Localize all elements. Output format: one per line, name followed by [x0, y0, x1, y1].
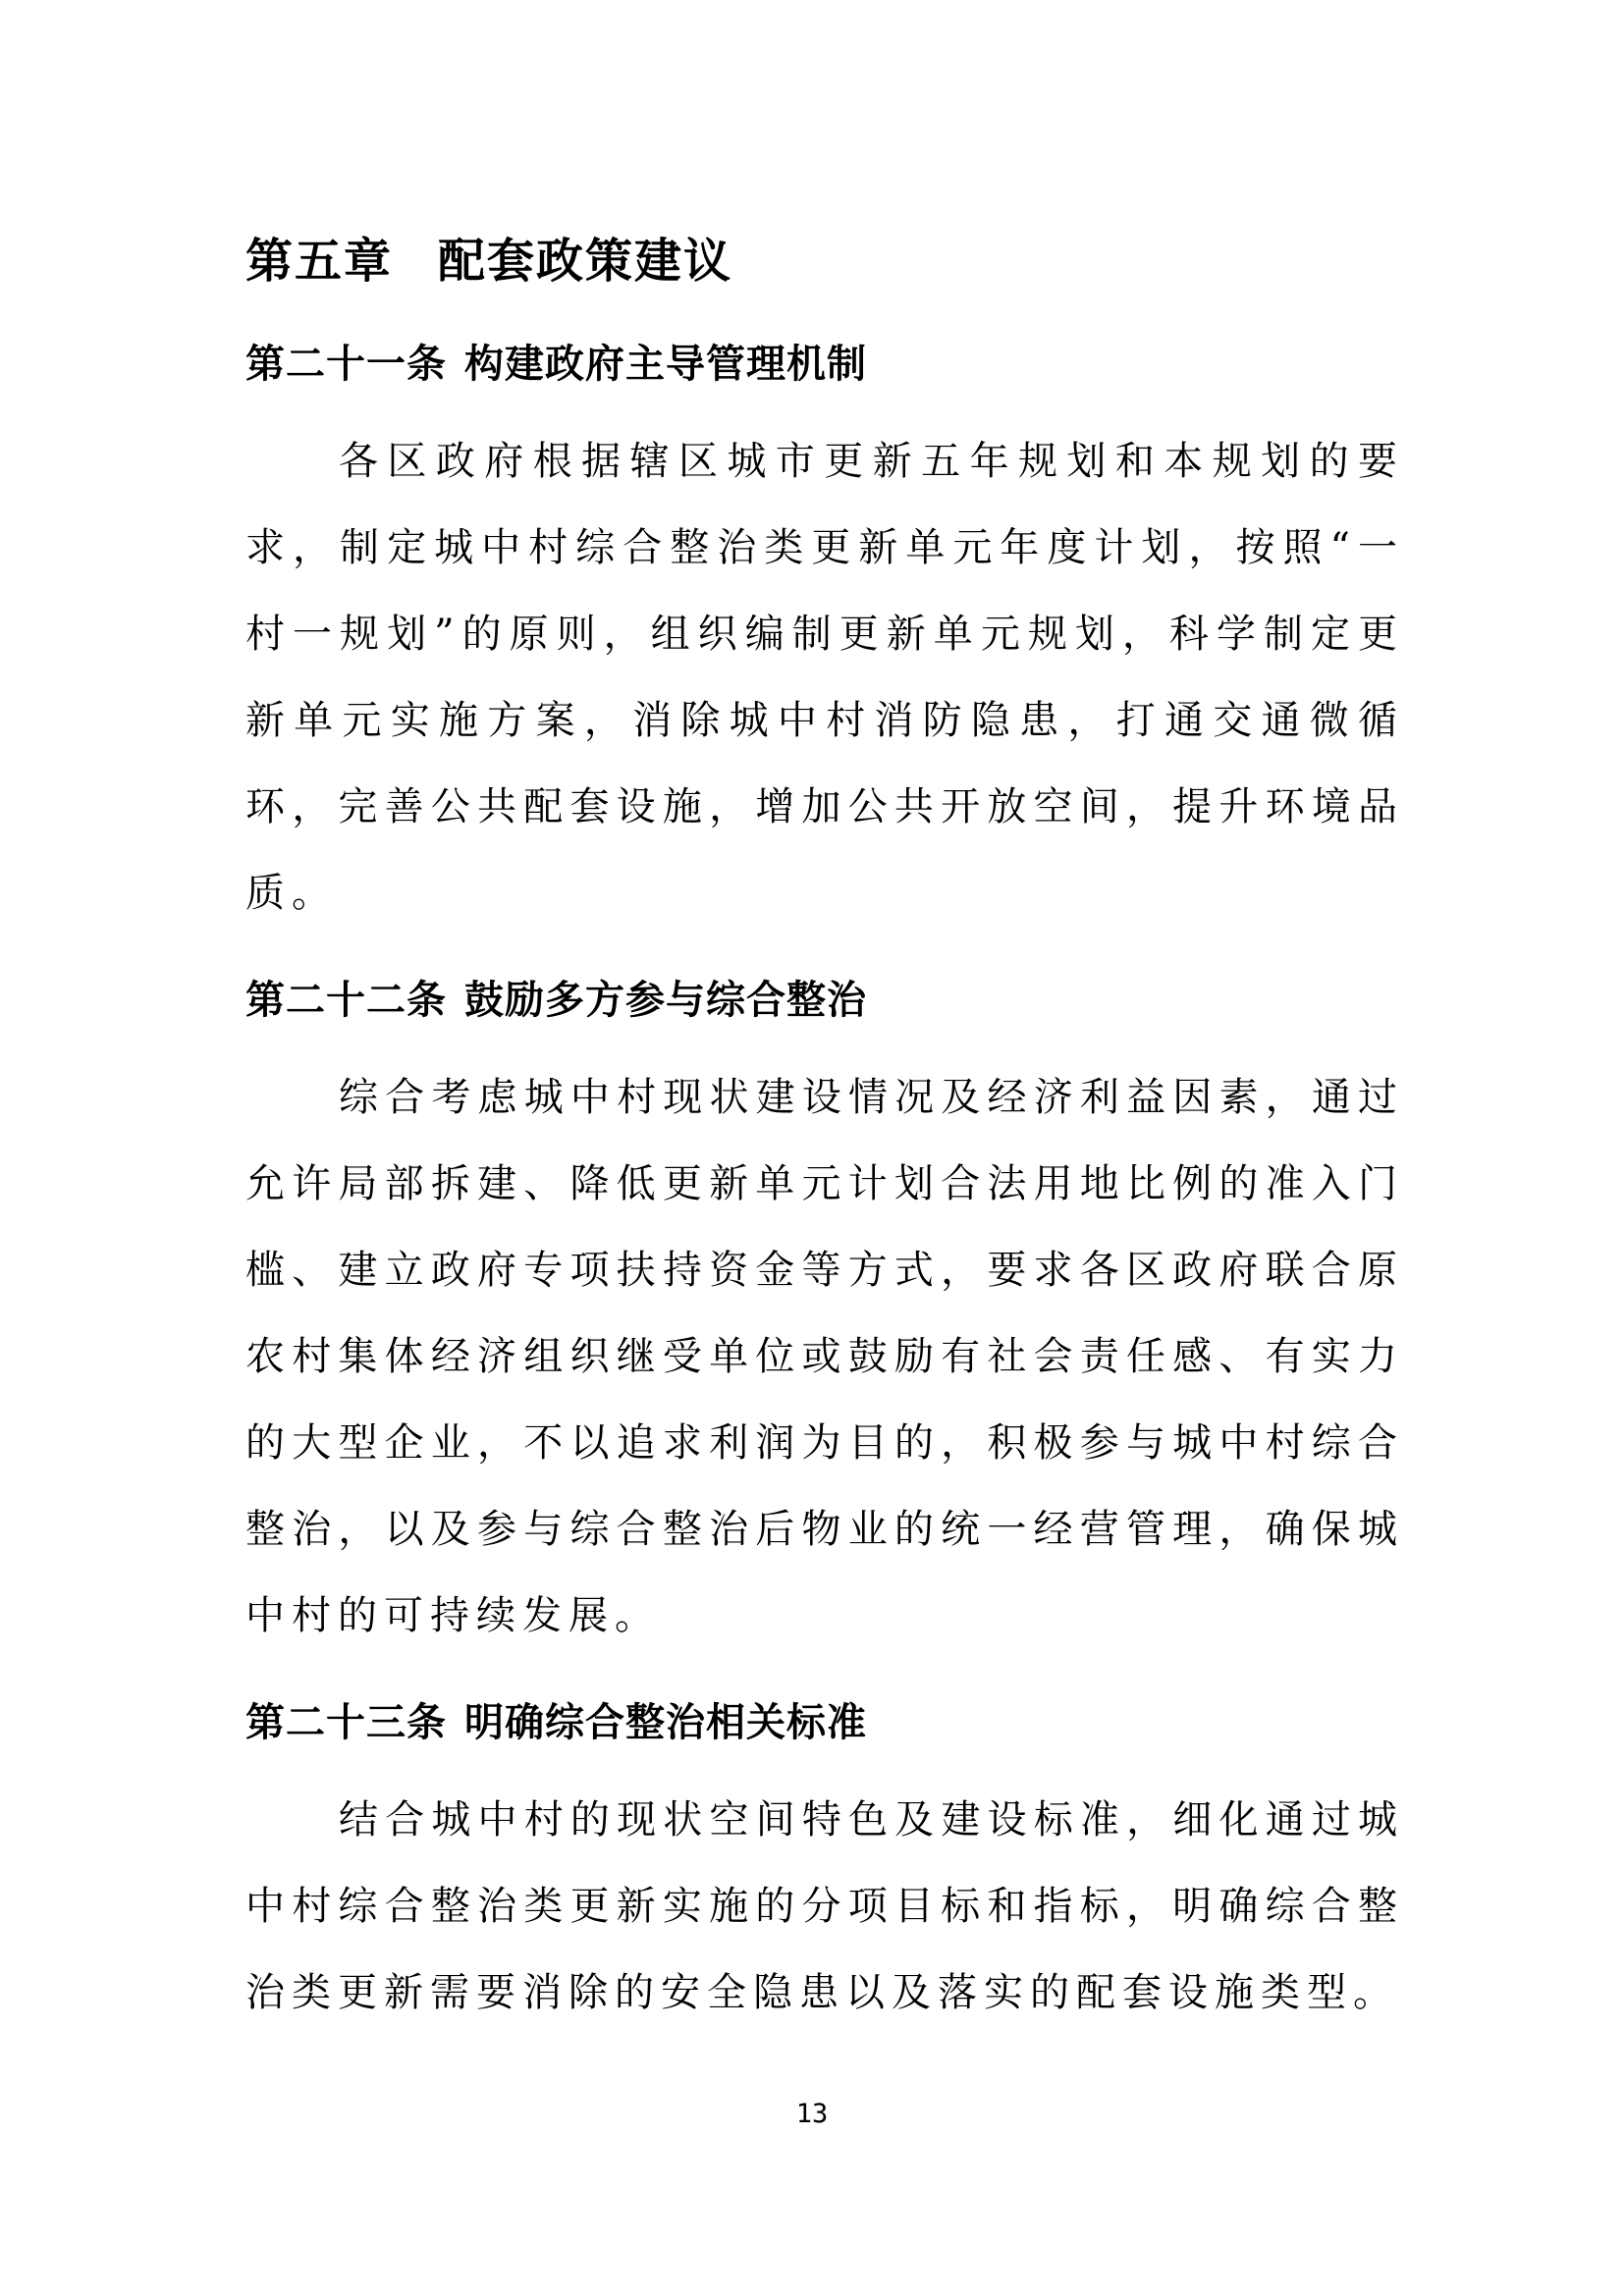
chapter-heading: 第五章配套政策建议	[245, 234, 1404, 291]
chapter-title: 配套政策建议	[438, 236, 732, 288]
article-22-number: 第二十二条	[245, 979, 447, 1022]
article-22-body: 综合考虑城中村现状建设情况及经济利益因素，通过允许局部拆建、降低更新单元计划合法…	[245, 1054, 1404, 1659]
article-23-title: 明确综合整治相关标准	[464, 1701, 867, 1744]
article-22-title: 鼓励多方参与综合整治	[464, 979, 867, 1022]
article-21-heading: 第二十一条构建政府主导管理机制	[245, 340, 1404, 389]
page-footer: 13	[0, 2099, 1624, 2129]
article-23-number: 第二十三条	[245, 1701, 447, 1744]
article-21-number: 第二十一条	[245, 343, 447, 386]
section-article-22: 第二十二条鼓励多方参与综合整治 综合考虑城中村现状建设情况及经济利益因素，通过允…	[245, 976, 1404, 1659]
section-article-23: 第二十三条明确综合整治相关标准 结合城中村的现状空间特色及建设标准，细化通过城中…	[245, 1698, 1404, 2036]
article-21-body: 各区政府根据辖区城市更新五年规划和本规划的要求，制定城中村综合整治类更新单元年度…	[245, 418, 1404, 936]
chapter-number: 第五章	[245, 236, 393, 288]
page-number: 13	[796, 2099, 829, 2129]
article-23-body: 结合城中村的现状空间特色及建设标准，细化通过城中村综合整治类更新实施的分项目标和…	[245, 1777, 1404, 2036]
document-page: 第五章配套政策建议 第二十一条构建政府主导管理机制 各区政府根据辖区城市更新五年…	[0, 0, 1624, 2296]
article-22-heading: 第二十二条鼓励多方参与综合整治	[245, 976, 1404, 1025]
section-article-21: 第二十一条构建政府主导管理机制 各区政府根据辖区城市更新五年规划和本规划的要求，…	[245, 340, 1404, 936]
article-23-heading: 第二十三条明确综合整治相关标准	[245, 1698, 1404, 1747]
article-21-title: 构建政府主导管理机制	[464, 343, 867, 386]
